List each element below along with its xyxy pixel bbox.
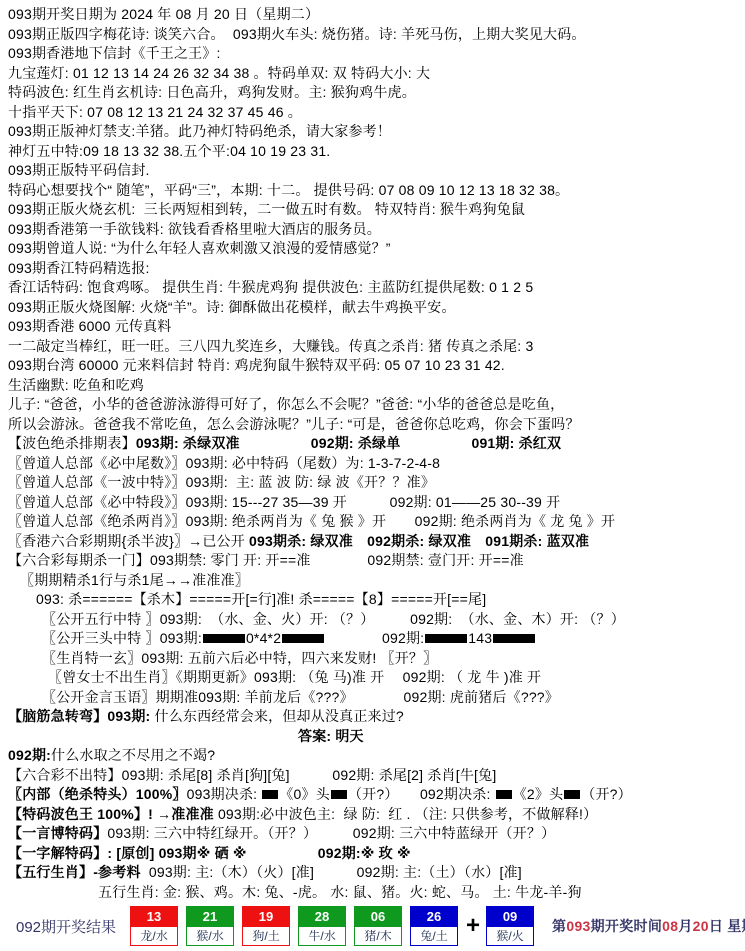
text-line: 十指平天下: 07 08 12 13 21 24 32 37 45 46 。 xyxy=(8,103,743,123)
text-line: 【六合彩不出特】093期: 杀尾[8] 杀肖[狗][兔] 092期: 杀尾[2]… xyxy=(8,766,743,786)
text-segment: 093期香江特码精选报: xyxy=(8,260,150,276)
text-segment: 十指平天下: 07 08 12 13 21 24 32 37 45 46 。 xyxy=(8,104,302,120)
text-segment: 九宝莲灯: 01 12 13 14 24 26 32 34 38 。特码单双: … xyxy=(8,65,430,81)
text-line: 生活幽默: 吃鱼和吃鸡 xyxy=(8,376,743,396)
text-segment xyxy=(240,435,311,451)
ball-number: 09 xyxy=(487,907,533,926)
text-segment: 【六合彩不出特】093期: 杀尾[8] 杀肖[狗][兔] 092期: 杀尾[2]… xyxy=(8,767,496,783)
next-draw-segment: 20 xyxy=(693,918,709,934)
text-segment: （开?） 092期决杀: xyxy=(348,786,495,802)
text-line: 093期开奖日期为 2024 年 08 月 20 日（星期二） xyxy=(8,5,743,25)
text-line: 【一言博特码】093期: 三六中特红绿开。（开？） 092期: 三六中特蓝绿开（… xyxy=(8,824,743,844)
text-segment: 〖曾道人总部《一波中特》〗093期: 主: 蓝 波 防: 绿 波《开？？准》 xyxy=(8,474,435,490)
text-segment: （开?） xyxy=(581,786,632,802)
text-segment: 093期正版火烧图解: 火烧“羊”。诗: 御酥做出花模样，献去牛鸡换平安。 xyxy=(8,299,456,315)
text-line: 093期台湾 60000 元来料信封 特肖: 鸡虎狗鼠牛猴特双平码: 05 07… xyxy=(8,356,743,376)
text-line: 093期曾道人说: “为什么年轻人喜欢刺激又浪漫的爱情感觉？” xyxy=(8,239,743,259)
text-segment: 【波色绝杀排期表】 xyxy=(8,435,136,451)
text-segment: 【五行生肖】-参考料 xyxy=(8,864,141,880)
text-segment: 〖公开三头中特 〗093期: xyxy=(42,630,202,646)
black-block xyxy=(262,790,278,799)
text-segment: 0*4*2 xyxy=(246,630,281,646)
result-ball: 13龙/水 xyxy=(130,906,178,946)
text-line: 所以会游泳。爸爸我不常吃鱼，怎么会游泳呢？”儿子: “可是，爸爸你总吃鸡，你会下… xyxy=(8,415,743,435)
ball-number: 13 xyxy=(131,907,177,926)
text-segment: 〖内部（绝杀特头）100%〗 xyxy=(8,786,187,802)
next-draw-info: 第093期开奖时间08月20日 星期二21:30 xyxy=(552,916,745,936)
text-segment: 答案: 明天 xyxy=(298,728,364,744)
text-line: 093期正版四字梅花诗: 谈笑六合。 093期火车头: 烧伤猪。诗: 羊死马伤，… xyxy=(8,25,743,45)
text-line: 093期香港地下信封《千王之王》: xyxy=(8,44,743,64)
next-draw-segment: 日 星期二 xyxy=(709,918,745,934)
text-line: 093期香港第一手欲钱料: 欲钱看香格里啦大酒店的服务员。 xyxy=(8,220,743,240)
text-segment: 093期开奖日期为 2024 年 08 月 20 日（星期二） xyxy=(8,6,319,22)
text-line: 一二敲定当棒红，旺一旺。三八四九奖连乡，大赚钱。传真之杀肖: 猪 传真之杀尾: … xyxy=(8,337,743,357)
text-segment: 093期: 杀绿双准 xyxy=(136,435,240,451)
text-segment: 093期:必中波色主: 绿 防: 红 . （注: 只供参考，不做解释!） xyxy=(218,806,597,822)
next-draw-segment: 第 xyxy=(552,918,566,934)
next-draw-segment: 093 xyxy=(566,918,590,934)
text-line: 〖生肖特一玄〗093期: 五前六后必中特，四六来发财! 〖开？〗 xyxy=(8,649,743,669)
text-line: 093期正版火烧图解: 火烧“羊”。诗: 御酥做出花模样，献去牛鸡换平安。 xyxy=(8,298,743,318)
text-segment: 093期香港第一手欲钱料: 欲钱看香格里啦大酒店的服务员。 xyxy=(8,221,381,237)
text-segment: 【六合彩每期杀一门】093期禁: 零门 开: 开==准 092期禁: 壹门开: … xyxy=(8,552,524,568)
text-segment: 091期: 杀红双 xyxy=(471,435,561,451)
next-draw-segment: 08 xyxy=(662,918,678,934)
text-line: 答案: 明天 xyxy=(8,727,743,747)
ball-number: 26 xyxy=(411,907,457,926)
text-segment: 093期正版神灯禁支:羊猪。此乃神灯特码绝杀，请大家参考！ xyxy=(8,123,391,139)
text-line: 【一字解特码】: [原创] 093期※ 硒 ※ 092期:※ 玫 ※ xyxy=(8,844,743,864)
text-segment: 〖曾道人总部《必中尾数》〗093期: 必中特码（尾数）为: 1-3-7-2-4-… xyxy=(8,455,440,471)
ball-zodiac: 猴/水 xyxy=(187,926,233,945)
text-line: 【波色绝杀排期表】093期: 杀绿双准 092期: 杀绿单 091期: 杀红双 xyxy=(8,434,743,454)
next-draw-segment: 月 xyxy=(678,918,692,934)
text-segment: 【特码波色王 100%】! →准准准 xyxy=(8,806,218,822)
black-block xyxy=(425,634,467,643)
text-segment: 什么东西经常会来，但却从没真正来过? xyxy=(155,708,404,724)
text-line: 〖期期精杀1行与杀1尾→→准准准〗 xyxy=(8,571,743,591)
text-segment xyxy=(400,435,471,451)
text-segment: 092期: 杀绿单 xyxy=(311,435,401,451)
text-line: 093期香港 6000 元传真料 xyxy=(8,317,743,337)
text-line: 【六合彩每期杀一门】093期禁: 零门 开: 开==准 092期禁: 壹门开: … xyxy=(8,551,743,571)
text-segment: 092期: xyxy=(325,630,424,646)
text-line: 特码心想要找个“ 随笔”，平码“三”，本期: 十二。 提供号码: 07 08 0… xyxy=(8,181,743,201)
ball-zodiac: 狗/土 xyxy=(243,926,289,945)
text-line: 093期正版火烧玄机: 三长两短相到转，二一做五时有数。 特双特肖: 猴牛鸡狗兔… xyxy=(8,200,743,220)
text-segment: 093期: 三六中特红绿开。（开？） 092期: 三六中特蓝绿开（开？） xyxy=(107,825,555,841)
text-segment: 神灯五中特:09 18 13 32 38.五个平:04 10 19 23 31. xyxy=(8,143,330,159)
black-block xyxy=(282,634,324,643)
text-line: 九宝莲灯: 01 12 13 14 24 26 32 34 38 。特码单双: … xyxy=(8,64,743,84)
text-line: 儿子: “爸爸，小华的爸爸游泳游得可好了，你怎么不会呢？”爸爸: “小华的爸爸总… xyxy=(8,395,743,415)
result-balls: 13龙/水21猴/水19狗/土28牛/水06猪/木26兔/土+09猴/火 xyxy=(130,906,542,946)
text-segment: 〖公开金言玉语〗期期准093期: 羊前龙后《???》 092期: 虎前猪后《??… xyxy=(42,689,559,705)
text-line: 【特码波色王 100%】! →准准准 093期:必中波色主: 绿 防: 红 . … xyxy=(8,805,743,825)
text-segment: 093期杀: 绿双准 092期杀: 绿双准 091期杀: 蓝双准 xyxy=(249,533,589,549)
text-segment: 特码心想要找个“ 随笔”，平码“三”，本期: 十二。 提供号码: 07 08 0… xyxy=(8,182,569,198)
text-line: 093期香江特码精选报: xyxy=(8,259,743,279)
text-line: 〖曾道人总部《必中特段》〗093期: 15---27 35—39 开 092期:… xyxy=(8,493,743,513)
text-segment: 〖曾道人总部《必中特段》〗093期: 15---27 35—39 开 092期:… xyxy=(8,494,560,510)
text-line: 093期正版神灯禁支:羊猪。此乃神灯特码绝杀，请大家参考！ xyxy=(8,122,743,142)
ball-number: 28 xyxy=(299,907,345,926)
text-line: 〖公开金言玉语〗期期准093期: 羊前龙后《???》 092期: 虎前猪后《??… xyxy=(8,688,743,708)
text-segment: 什么水取之不尽用之不竭? xyxy=(51,747,215,763)
next-draw-segment: 期开奖时间 xyxy=(591,918,663,934)
text-segment: 〖期期精杀1行与杀1尾→→准准准〗 xyxy=(20,572,249,588)
ball-zodiac: 兔/土 xyxy=(411,926,457,945)
text-segment: 所以会游泳。爸爸我不常吃鱼，怎么会游泳呢？”儿子: “可是，爸爸你总吃鸡，你会下… xyxy=(8,416,580,432)
text-line: 093: 杀======【杀木】=====开[=行]准! 杀=====【8】==… xyxy=(8,590,743,610)
text-segment: 【一言博特码】 xyxy=(8,825,107,841)
text-segment: 〖香港六合彩期期{杀半波}〗→已公开 xyxy=(8,533,249,549)
text-line: 【脑筋急转弯】093期: 什么东西经常会来，但却从没真正来过? xyxy=(8,707,743,727)
text-segment: 093期香港 6000 元传真料 xyxy=(8,318,171,334)
text-segment: 香江话特码: 饱食鸡啄。 提供生肖: 牛猴虎鸡狗 提供波色: 主蓝防红提供尾数:… xyxy=(8,279,533,295)
text-line: 〖公开三头中特 〗093期:0*4*2 092期:143 xyxy=(8,629,743,649)
text-segment: 093: 杀======【杀木】=====开[=行]准! 杀=====【8】==… xyxy=(36,591,486,607)
plus-sign: + xyxy=(466,906,480,946)
text-line: 〖香港六合彩期期{杀半波}〗→已公开 093期杀: 绿双准 092期杀: 绿双准… xyxy=(8,532,743,552)
text-segment: 〖曾道人总部《绝杀两肖》〗093期: 绝杀两肖为《 兔 猴 》开 092期: 绝… xyxy=(8,513,615,529)
ball-number: 19 xyxy=(243,907,289,926)
text-segment: 093期台湾 60000 元来料信封 特肖: 鸡虎狗鼠牛猴特双平码: 05 07… xyxy=(8,357,505,373)
black-block xyxy=(203,634,245,643)
text-segment: 《2》头 xyxy=(513,786,564,802)
text-line: 〖曾道人总部《绝杀两肖》〗093期: 绝杀两肖为《 兔 猴 》开 092期: 绝… xyxy=(8,512,743,532)
text-segment: 五行生肖: 金: 猴、鸡。木: 兔、-虎。 水: 鼠、猪。火: 蛇、马。 土: … xyxy=(98,884,582,900)
text-line: 〖曾女士不出生肖〗《期期更新》093期: （兔 马)准 开 092期: （ 龙 … xyxy=(8,668,743,688)
text-segment: 〖公开五行中特 〗093期: （水、金、火）开: （？） 092期: （水、金、… xyxy=(42,611,625,627)
ball-zodiac: 猴/火 xyxy=(487,926,533,945)
black-block xyxy=(496,790,512,799)
text-segment xyxy=(247,845,318,861)
lottery-tips-text: 093期开奖日期为 2024 年 08 月 20 日（星期二）093期正版四字梅… xyxy=(0,0,745,902)
text-segment: 092期: xyxy=(8,747,51,763)
text-segment: 【脑筋急转弯】093期: xyxy=(8,708,155,724)
text-line: 【五行生肖】-参考料 093期: 主:（木）（火）[准] 092期: 主:（土）… xyxy=(8,863,743,883)
black-block xyxy=(331,790,347,799)
draw-results-bar: 092期开奖结果 13龙/水21猴/水19狗/土28牛/水06猪/木26兔/土+… xyxy=(0,904,745,948)
black-block xyxy=(564,790,580,799)
ball-zodiac: 龙/水 xyxy=(131,926,177,945)
text-segment: 〖曾女士不出生肖〗《期期更新》093期: （兔 马)准 开 092期: （ 龙 … xyxy=(48,669,541,685)
result-ball: 21猴/水 xyxy=(186,906,234,946)
ball-number: 21 xyxy=(187,907,233,926)
text-segment: 093期决杀: xyxy=(187,786,262,802)
text-line: 神灯五中特:09 18 13 32 38.五个平:04 10 19 23 31. xyxy=(8,142,743,162)
result-ball: 09猴/火 xyxy=(486,906,534,946)
text-line: 〖公开五行中特 〗093期: （水、金、火）开: （？） 092期: （水、金、… xyxy=(8,610,743,630)
text-segment: 【一字解特码】: [原创] 093期※ 硒 ※ xyxy=(8,845,247,861)
text-line: 〖曾道人总部《必中尾数》〗093期: 必中特码（尾数）为: 1-3-7-2-4-… xyxy=(8,454,743,474)
text-line: 〖曾道人总部《一波中特》〗093期: 主: 蓝 波 防: 绿 波《开？？准》 xyxy=(8,473,743,493)
ball-zodiac: 猪/木 xyxy=(355,926,401,945)
text-segment: 093期: 主:（木）（火）[准] 092期: 主:（土）（水）[准] xyxy=(141,864,522,880)
text-segment: 093期正版火烧玄机: 三长两短相到转，二一做五时有数。 特双特肖: 猴牛鸡狗兔… xyxy=(8,201,525,217)
text-segment: 一二敲定当棒红，旺一旺。三八四九奖连乡，大赚钱。传真之杀肖: 猪 传真之杀尾: … xyxy=(8,338,533,354)
text-line: 特码波色: 红生肖玄机诗: 日色高升，鸡狗发财。主: 猴狗鸡牛虎。 xyxy=(8,83,743,103)
text-segment: 生活幽默: 吃鱼和吃鸡 xyxy=(8,377,144,393)
result-ball: 06猪/木 xyxy=(354,906,402,946)
text-segment: 093期香港地下信封《千王之王》: xyxy=(8,45,221,61)
result-ball: 26兔/土 xyxy=(410,906,458,946)
text-line: 〖内部（绝杀特头）100%〗093期决杀: 《0》头（开?） 092期决杀: 《… xyxy=(8,785,743,805)
ball-zodiac: 牛/水 xyxy=(299,926,345,945)
text-segment: 特码波色: 红生肖玄机诗: 日色高升，鸡狗发财。主: 猴狗鸡牛虎。 xyxy=(8,84,416,100)
result-ball: 28牛/水 xyxy=(298,906,346,946)
result-ball: 19狗/土 xyxy=(242,906,290,946)
text-segment: 093期正版特平码信封. xyxy=(8,162,150,178)
text-line: 香江话特码: 饱食鸡啄。 提供生肖: 牛猴虎鸡狗 提供波色: 主蓝防红提供尾数:… xyxy=(8,278,743,298)
text-line: 093期正版特平码信封. xyxy=(8,161,743,181)
result-label: 092期开奖结果 xyxy=(16,916,116,937)
text-segment: 093期正版四字梅花诗: 谈笑六合。 093期火车头: 烧伤猪。诗: 羊死马伤，… xyxy=(8,26,586,42)
text-line: 092期:什么水取之不尽用之不竭? xyxy=(8,746,743,766)
text-segment: 《0》头 xyxy=(279,786,330,802)
ball-number: 06 xyxy=(355,907,401,926)
text-segment: 143 xyxy=(468,630,492,646)
text-segment: 儿子: “爸爸，小华的爸爸游泳游得可好了，你怎么不会呢？”爸爸: “小华的爸爸总… xyxy=(8,396,564,412)
text-segment: 〖生肖特一玄〗093期: 五前六后必中特，四六来发财! 〖开？〗 xyxy=(42,650,437,666)
text-segment: 093期曾道人说: “为什么年轻人喜欢刺激又浪漫的爱情感觉？” xyxy=(8,240,391,256)
black-block xyxy=(493,634,535,643)
text-line: 五行生肖: 金: 猴、鸡。木: 兔、-虎。 水: 鼠、猪。火: 蛇、马。 土: … xyxy=(8,883,743,903)
text-segment: 092期:※ 玫 ※ xyxy=(318,845,411,861)
